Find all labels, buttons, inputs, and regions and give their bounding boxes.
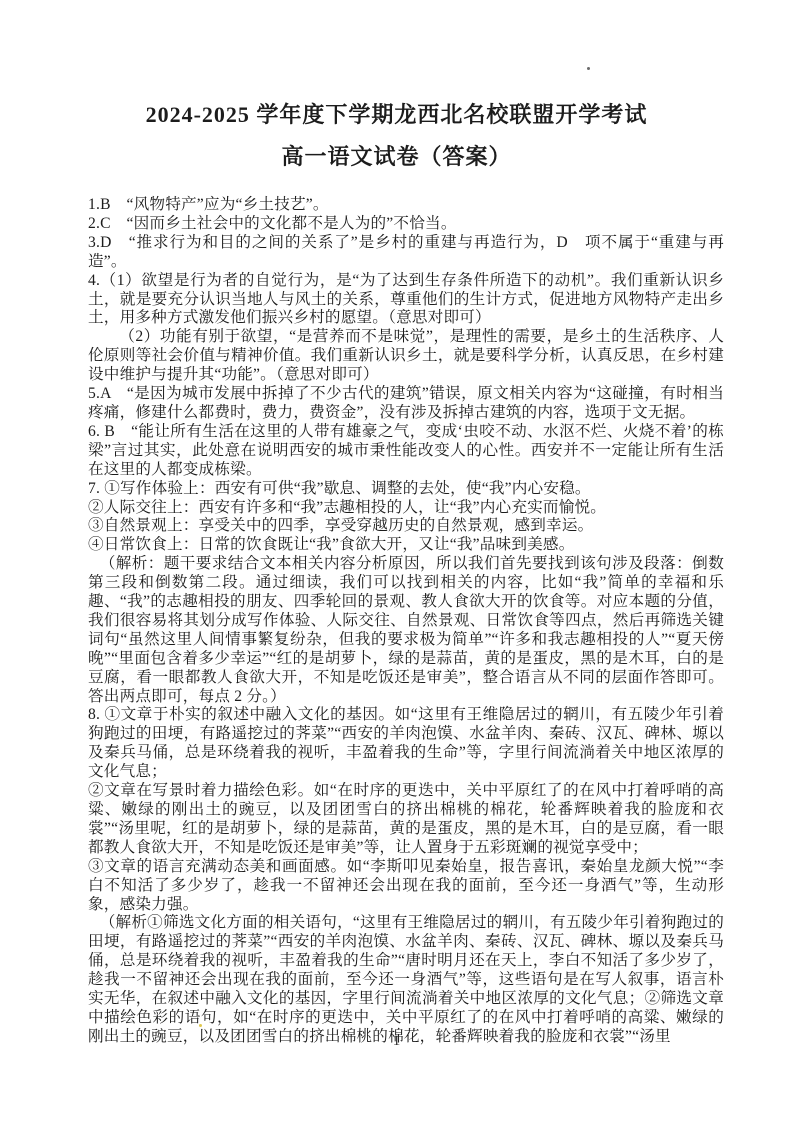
answer-paragraph-q1: 1.B “风物特产”应为“乡土技艺”。 [88, 196, 724, 215]
answer-paragraph-q7-2: ②人际交往上：西安有许多和“我”志趣相投的人，让“我”内心充实而愉悦。 [88, 499, 724, 518]
answer-paragraph-q2: 2.C “因而乡土社会中的文化都不是人为的”不恰当。 [88, 215, 724, 234]
answer-paragraph-q5: 5.A “是因为城市发展中拆掉了不少古代的建筑”错误，原文相关内容为“这碰撞，有… [88, 385, 724, 423]
answer-paragraph-q7-analysis: （解析：题干要求结合文本相关内容分析原因，所以我们首先要找到该句涉及段落：倒数第… [88, 555, 724, 706]
answer-paragraph-q4-2: （2）功能有别于欲望，“是营养而不是味觉”，是理性的需要，是乡土的生活秩序、人伦… [88, 328, 724, 385]
document-page: 2024-2025 学年度下学期龙西北名校联盟开学考试 高一语文试卷（答案） 1… [0, 0, 793, 1122]
answer-paragraph-q7-4: ④日常饮食上：日常的饮食既让“我”食欲大开，又让“我”品味到美感。 [88, 536, 724, 555]
answer-paragraph-q4-1: 4.（1）欲望是行为者的自觉行为，是“为了达到生存条件所造下的动机”。我们重新认… [88, 272, 724, 329]
document-title: 2024-2025 学年度下学期龙西北名校联盟开学考试 [0, 98, 793, 129]
answer-paragraph-q8-3: ③文章的语言充满动态美和画面感。如“李斯叩见秦始皇，报告喜讯，秦始皇龙颜大悦”“… [88, 858, 724, 915]
answer-paragraph-q7-3: ③自然景观上：享受关中的四季，享受穿越历史的自然景观，感到幸运。 [88, 517, 724, 536]
answer-paragraph-q3: 3.D “推求行为和目的之间的关系了”是乡村的重建与再造行为，D 项不属于“重建… [88, 234, 724, 272]
answer-paragraph-q8-2: ②文章在写景时着力描绘色彩。如“在时序的更迭中，关中平原红了的在风中打着呼哨的高… [88, 782, 724, 858]
scan-artifact-dot [587, 67, 590, 70]
answer-paragraph-q6: 6. B “能让所有生活在这里的人带有雄豪之气，变成‘虫咬不动、水沤不烂、火烧不… [88, 423, 724, 480]
answer-paragraph-q8-analysis: （解析①筛选文化方面的相关语句，“这里有王维隐居过的辋川，有五陵少年引着狗跑过的… [88, 914, 724, 1046]
answer-body: 1.B “风物特产”应为“乡土技艺”。 2.C “因而乡土社会中的文化都不是人为… [88, 196, 724, 1047]
answer-paragraph-q7-1: 7. ①写作体验上：西安有可供“我”歇息、调整的去处，使“我”内心安稳。 [88, 480, 724, 499]
document-subtitle: 高一语文试卷（答案） [0, 140, 793, 171]
answer-paragraph-q8-1: 8. ①文章于朴实的叙述中融入文化的基因。如“这里有王维隐居过的辋川，有五陵少年… [88, 706, 724, 782]
page-number: 1 [0, 1033, 793, 1050]
